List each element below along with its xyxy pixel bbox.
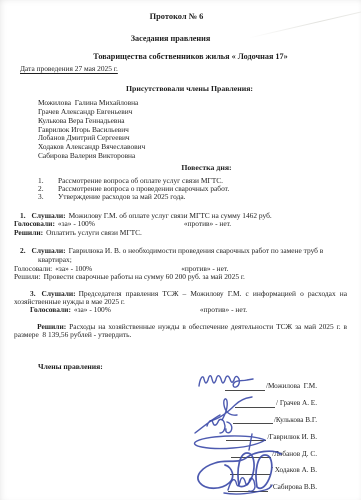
agenda-item-text: Утверждение расходов за май 2025 года. (58, 192, 186, 201)
protocol-item-1: 1.Слушали:Можилову Г.М. об оплате услуг … (14, 212, 347, 238)
item-heard-line: 3.Слушали:Председателя правления ТСЖ – М… (14, 290, 347, 306)
signature-line (235, 406, 275, 408)
decided-text: Оплатить услуги связи МГТС. (46, 228, 142, 237)
signature-row: /Кулькова В.Г. (183, 408, 333, 425)
signature-row: /Гаврилюк И. В. (183, 424, 333, 441)
signature-name: /Можилова Г.М. (266, 382, 317, 390)
signature-name: / Сабирова В.В. (269, 483, 317, 491)
vote-for: «за» - 100% (74, 306, 200, 314)
document-subtitle-meeting: Заседания правления (4, 34, 337, 44)
attendees-heading: Присутствовали члены Правления: (23, 84, 356, 93)
signature-line (225, 389, 265, 391)
voted-label: Голосовали: (30, 305, 71, 314)
signature-line (230, 473, 270, 475)
item-number: 2. (20, 246, 26, 255)
signatures-heading: Члены правления: (38, 363, 347, 372)
decided-label: Решили: (14, 228, 43, 237)
vote-against: «против» - нет. (200, 305, 247, 314)
agenda-list: 1.Рассмотрение вопроса об оплате услуг с… (38, 177, 347, 202)
item-vote-line: Голосовали:«за» - 100%«против» - нет. (30, 306, 347, 314)
document-title: Протокол № 6 (10, 12, 343, 22)
date-line: Дата проведения 27 мая 2025 г. (20, 65, 347, 74)
signature-name: /Кулькова В.Г. (274, 416, 317, 424)
item-heard-line: 2.Слушали:Гаврилюка И. В. о необходимост… (14, 247, 347, 264)
signature-line (226, 439, 266, 441)
signature-name: /Лобанов Д. С. (272, 450, 317, 458)
document-body: Протокол № 6 Заседания правления Товарищ… (0, 12, 361, 492)
signature-name: / Ходаков А. В. (271, 466, 317, 474)
decided-label: Решили: (14, 272, 41, 281)
protocol-item-3: 3.Слушали:Председателя правления ТСЖ – М… (14, 290, 347, 347)
agenda-item: 3.Утверждение расходов за май 2025 года. (38, 193, 347, 201)
vote-against: «против» - нет. (184, 219, 231, 228)
item-decided-line: Решили:Расходы на хозяйственные нужды в … (14, 314, 347, 347)
document-subtitle-organization: Товарищества собственников жилья « Лодоч… (24, 52, 357, 62)
signature-row: /Лобанов Д. С. (183, 441, 333, 458)
signature-row: /Можилова Г.М. (183, 374, 333, 391)
signature-line (231, 456, 271, 458)
members-list: Можилова Галина Михайловна Грачев Алекса… (38, 99, 347, 161)
heard-text: Можилову Г.М. об оплате услуг связи МГТС… (69, 211, 272, 220)
signature-row: / Сабирова В.В. (183, 475, 333, 492)
member-name: Сабирова Валерия Викторовна (38, 152, 347, 161)
heard-text: Гаврилюка И. В. о необходимости проведен… (38, 246, 323, 264)
signature-line (233, 422, 273, 424)
signatures-block: /Можилова Г.М. / Грачев А. Е. /Кулькова … (183, 374, 333, 492)
item-decided-line: Решили:Оплатить услуги связи МГТС. (14, 229, 347, 238)
signature-name: /Гаврилюк И. В. (267, 433, 317, 441)
decided-text: Провести сварочные работы на сумму 60 20… (44, 272, 245, 281)
signature-row: / Ходаков А. В. (183, 458, 333, 475)
signature-line (228, 490, 268, 492)
signature-name: / Грачев А. Е. (276, 399, 317, 407)
protocol-item-2: 2.Слушали:Гаврилюка И. В. о необходимост… (14, 247, 347, 281)
agenda-item-number: 3. (38, 193, 58, 201)
item-decided-line: Решили:Провести сварочные работы на сумм… (14, 273, 347, 282)
agenda-heading: Повестка дня: (40, 163, 361, 172)
signature-row: / Грачев А. Е. (183, 391, 333, 408)
scanned-protocol-page: Протокол № 6 Заседания правления Товарищ… (0, 0, 361, 500)
